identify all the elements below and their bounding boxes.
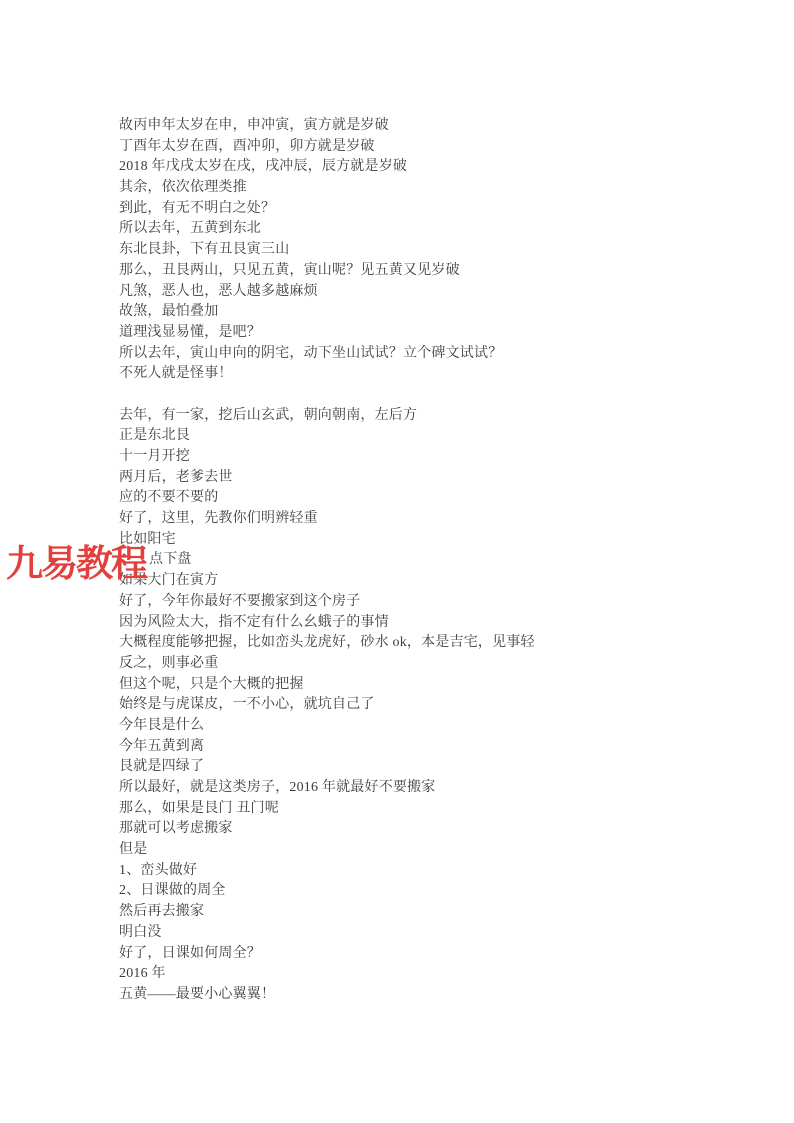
- text-line: 艮就是四绿了: [119, 757, 734, 778]
- text-line: 但是: [119, 840, 734, 861]
- text-line: 凡煞，恶人也，恶人越多越麻烦: [119, 282, 734, 303]
- text-line: 应的不要不要的: [119, 488, 734, 509]
- text-line: 那么，如果是艮门 丑门呢: [119, 799, 734, 820]
- text-line: 明白没: [119, 923, 734, 944]
- text-line: 到此，有无不明白之处？: [119, 199, 734, 220]
- blank-line: [119, 385, 734, 406]
- text-line: 道理浅显易懂，是吧？: [119, 323, 734, 344]
- text-line: 反之，则事必重: [119, 654, 734, 675]
- text-line: 比如阳宅: [119, 530, 734, 551]
- text-line: 今年五黄到离: [119, 737, 734, 758]
- text-line: 好了，今年你最好不要搬家到这个房子: [119, 592, 734, 613]
- text-line: 然后再去搬家: [119, 902, 734, 923]
- text-line: 正是东北艮: [119, 426, 734, 447]
- document-page: 故丙申年太岁在申，申冲寅，寅方就是岁破丁酉年太岁在酉，酉冲卯，卯方就是岁破201…: [0, 0, 794, 1123]
- text-line: 所以去年，五黄到东北: [119, 219, 734, 240]
- text-line: 所以去年，寅山申向的阴宅，动下坐山试试？立个碑文试试？: [119, 344, 734, 365]
- text-line: 点下盘: [119, 550, 734, 571]
- text-line: 2、日课做的周全: [119, 881, 734, 902]
- text-line: 所以最好，就是这类房子，2016 年就最好不要搬家: [119, 778, 734, 799]
- text-line: 今年艮是什么: [119, 716, 734, 737]
- text-line: 东北艮卦，下有丑艮寅三山: [119, 240, 734, 261]
- text-line: 1、峦头做好: [119, 861, 734, 882]
- text-line: 大概程度能够把握，比如峦头龙虎好，砂水 ok，本是吉宅，见事轻: [119, 633, 734, 654]
- text-line: 十一月开挖: [119, 447, 734, 468]
- text-line: 五黄——最要小心翼翼！: [119, 985, 734, 1006]
- text-line: 其余，依次依理类推: [119, 178, 734, 199]
- text-line: 2016 年: [119, 964, 734, 985]
- text-line: 那就可以考虑搬家: [119, 819, 734, 840]
- text-line: 如果大门在寅方: [119, 571, 734, 592]
- text-line: 好了，日课如何周全？: [119, 944, 734, 965]
- text-line: 丁酉年太岁在酉，酉冲卯，卯方就是岁破: [119, 137, 734, 158]
- text-line: 不死人就是怪事！: [119, 364, 734, 385]
- text-line: 故丙申年太岁在申，申冲寅，寅方就是岁破: [119, 116, 734, 137]
- watermark: 九易教程: [6, 545, 146, 582]
- text-line: 2018 年戊戌太岁在戌，戌冲辰，辰方就是岁破: [119, 157, 734, 178]
- text-line: 两月后，老爹去世: [119, 468, 734, 489]
- text-line: 但这个呢，只是个大概的把握: [119, 675, 734, 696]
- text-line: 始终是与虎谋皮，一不小心，就坑自己了: [119, 695, 734, 716]
- text-line: 因为风险太大，指不定有什么幺蛾子的事情: [119, 613, 734, 634]
- text-line: 那么，丑艮两山，只见五黄，寅山呢？见五黄又见岁破: [119, 261, 734, 282]
- text-line: 好了，这里，先教你们明辨轻重: [119, 509, 734, 530]
- text-line: 去年，有一家，挖后山玄武，朝向朝南，左后方: [119, 406, 734, 427]
- text-block: 故丙申年太岁在申，申冲寅，寅方就是岁破丁酉年太岁在酉，酉冲卯，卯方就是岁破201…: [119, 116, 734, 1006]
- text-line: 故煞，最怕叠加: [119, 302, 734, 323]
